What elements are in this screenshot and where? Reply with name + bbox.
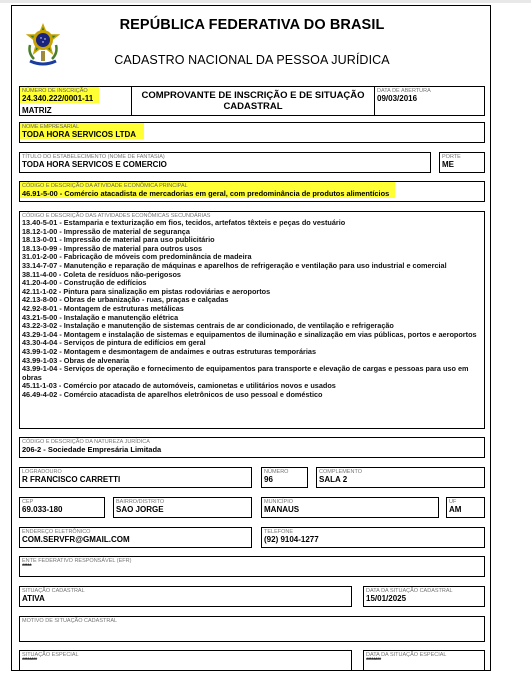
data-abertura-value: 09/03/2016 [377, 94, 484, 103]
atividade-principal-value: 46.91-5-00 - Comércio atacadista de merc… [22, 189, 389, 198]
data-situacao-value: 15/01/2025 [366, 594, 484, 603]
nome-empresarial-box: NOME EMPRESARIAL TODA HORA SERVICOS LTDA [19, 122, 485, 143]
data-situacao-especial-box: DATA DA SITUAÇÃO ESPECIAL ******** [363, 650, 485, 671]
numero-inscricao-box: NÚMERO DE INSCRIÇÃO 24.340.222/0001-11 M… [19, 86, 132, 116]
email-box: ENDEREÇO ELETRÔNICO COM.SERVFR@GMAIL.COM [19, 527, 252, 548]
bairro-value: SAO JORGE [116, 505, 251, 514]
complemento-box: COMPLEMENTO SALA 2 [316, 467, 485, 488]
atividades-secundarias-box: CÓDIGO E DESCRIÇÃO DAS ATIVIDADES ECONÔM… [19, 211, 485, 429]
efr-box: ENTE FEDERATIVO RESPONSÁVEL (EFR) ***** [19, 556, 485, 577]
page-title: REPÚBLICA FEDERATIVA DO BRASIL [12, 17, 492, 33]
situacao-cadastral-box: SITUAÇÃO CADASTRAL ATIVA [19, 586, 352, 607]
bairro-box: BAIRRO/DISTRITO SAO JORGE [113, 497, 252, 518]
numero-box: NÚMERO 96 [261, 467, 308, 488]
porte-box: PORTE ME [439, 152, 485, 173]
data-situacao-box: DATA DA SITUAÇÃO CADASTRAL 15/01/2025 [363, 586, 485, 607]
complemento-value: SALA 2 [319, 475, 484, 484]
tipo-value: MATRIZ [22, 106, 131, 115]
cep-value: 69.033-180 [22, 505, 104, 514]
atividades-secundarias-list: 13.40-5-01 - Estamparia e texturização e… [22, 219, 484, 399]
page-subtitle: CADASTRO NACIONAL DA PESSOA JURÍDICA [12, 53, 492, 67]
uf-box: UF AM [446, 497, 485, 518]
situacao-especial-box: SITUAÇÃO ESPECIAL ******** [19, 650, 352, 671]
natureza-juridica-value: 206-2 - Sociedade Empresária Limitada [22, 445, 484, 454]
comprovante-title-line2: CADASTRAL [223, 101, 282, 112]
atividade-secundaria-item: 46.49-4-02 - Comércio atacadista de apar… [22, 391, 484, 400]
cnpj-value: 24.340.222/0001-11 [22, 94, 93, 103]
atividade-principal-box: CÓDIGO E DESCRIÇÃO DA ATIVIDADE ECONÔMIC… [19, 181, 485, 202]
logradouro-value: R FRANCISCO CARRETTI [22, 475, 251, 484]
data-abertura-box: DATA DE ABERTURA 09/03/2016 [374, 86, 485, 116]
window-top-bar [0, 0, 531, 3]
natureza-juridica-box: CÓDIGO E DESCRIÇÃO DA NATUREZA JURÍDICA … [19, 437, 485, 458]
municipio-box: MUNICÍPIO MANAUS [261, 497, 439, 518]
municipio-value: MANAUS [264, 505, 438, 514]
atividade-secundaria-item: 43.99-1-04 - Serviços de operação e forn… [22, 365, 484, 382]
telefone-box: TELEFONE (92) 9104-1277 [261, 527, 485, 548]
email-value: COM.SERVFR@GMAIL.COM [22, 535, 251, 544]
telefone-value: (92) 9104-1277 [264, 535, 484, 544]
nome-fantasia-box: TÍTULO DO ESTABELECIMENTO (NOME DE FANTA… [19, 152, 431, 173]
nome-empresarial-value: TODA HORA SERVICOS LTDA [22, 130, 136, 139]
motivo-situacao-label: MOTIVO DE SITUAÇÃO CADASTRAL [22, 618, 484, 624]
cnpj-document: REPÚBLICA FEDERATIVA DO BRASIL CADASTRO … [11, 5, 491, 671]
comprovante-box: COMPROVANTE DE INSCRIÇÃO E DE SITUAÇÃO C… [131, 86, 375, 116]
motivo-situacao-box: MOTIVO DE SITUAÇÃO CADASTRAL [19, 616, 485, 642]
situacao-especial-value: ******** [22, 658, 351, 664]
comprovante-title-line1: COMPROVANTE DE INSCRIÇÃO E DE SITUAÇÃO [141, 90, 364, 101]
cep-box: CEP 69.033-180 [19, 497, 105, 518]
nome-fantasia-value: TODA HORA SERVICOS E COMERCIO [22, 160, 430, 169]
porte-value: ME [442, 160, 484, 169]
numero-value: 96 [264, 475, 307, 484]
situacao-cadastral-value: ATIVA [22, 594, 351, 603]
efr-value: ***** [22, 564, 484, 570]
logradouro-box: LOGRADOURO R FRANCISCO CARRETTI [19, 467, 252, 488]
data-situacao-especial-value: ******** [366, 658, 484, 664]
uf-value: AM [449, 505, 484, 514]
